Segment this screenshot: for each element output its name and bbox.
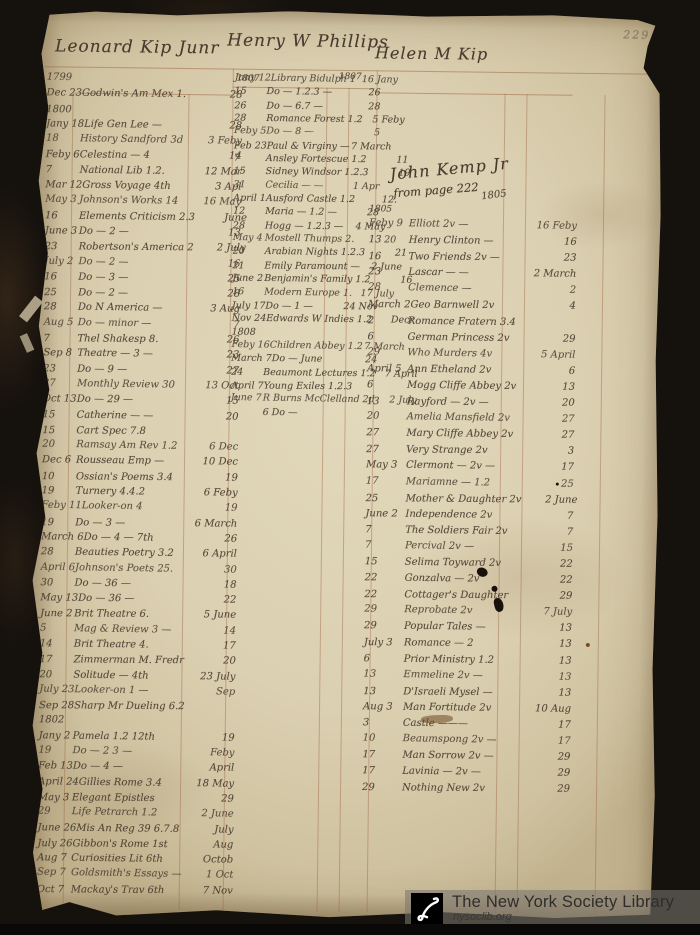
entry-date: May 3 — [45, 194, 79, 206]
entry-title: Pamela 1.2 12th — [73, 730, 183, 742]
entry-title: Zimmerman M. Fredr — [74, 655, 184, 667]
entry-title: Ausford Castle 1.2 — [266, 193, 355, 205]
entry-return: 13 — [516, 622, 572, 634]
entry-title: Mariamne — 1.2 — [406, 476, 518, 489]
ledger-row: 29Nothing New 2v29 — [362, 782, 570, 800]
ledger-row: Feby 11Looker-on 419 — [41, 500, 237, 518]
entry-title: Emily Paramount — — [264, 260, 360, 272]
entry-return: 10 Aug — [515, 703, 571, 715]
entry-return: 23 July — [183, 671, 235, 683]
entry-title: R Burns McClelland 2d — [263, 393, 375, 406]
entry-date: 28 — [368, 282, 408, 294]
entry-title: Percival 2v — — [405, 540, 517, 553]
entry-title: Looker-on 4 — [82, 501, 186, 514]
entry-date: Dec 6 — [42, 455, 76, 466]
entry-return: 18 — [184, 579, 236, 591]
entry-return: 13 — [515, 687, 571, 698]
entry-date: 22 — [364, 589, 404, 600]
entry-return: 13 — [519, 381, 575, 393]
entry-date: Aug 3 — [363, 701, 403, 712]
entry-date: 23 — [368, 267, 408, 278]
entry-date: Aug 5 — [44, 316, 78, 328]
entry-title: Celestina — 4 — [80, 150, 190, 162]
entry-title: Independence 2v — [405, 508, 517, 520]
entry-return: 29 — [514, 751, 570, 763]
entry-title: Two Friends 2v — — [409, 252, 521, 264]
entry-date: 24 — [231, 366, 263, 377]
entry-return: 26 — [338, 87, 380, 99]
entry-title: Cecilia — — — [265, 179, 337, 191]
entry-return: 16 Jany — [356, 74, 398, 86]
entry-date: Sep 8 — [43, 348, 77, 359]
entry-return: 27 — [519, 413, 575, 425]
entry-title: Solitude — 4th — [73, 669, 183, 681]
entry-return: 17 — [184, 640, 236, 652]
entry-date: April 24 — [38, 776, 79, 787]
entry-date: July 17 — [232, 300, 266, 311]
year-label: 1805 — [369, 204, 392, 214]
entry-date: 15 — [235, 86, 267, 97]
entry-title: Mother & Daughter 2v — [406, 493, 522, 505]
entry-date: May 3 — [38, 792, 72, 803]
entry-title: Elements Criticism 2.3 — [79, 210, 195, 222]
entry-title: Do — 36 — — [74, 577, 184, 589]
entry-title: Very Strange 2v — [406, 445, 518, 457]
entry-title: Beaumont Lectures 1.2 — [263, 367, 376, 379]
entry-title: The Soldiers Fair 2v — [405, 524, 517, 536]
entry-title: Do — minor — — [78, 317, 188, 330]
column-rule — [595, 95, 606, 915]
entry-title: Romance Forest 1.2 — [266, 113, 363, 125]
ink-speck — [556, 483, 559, 486]
entry-return: 28 — [338, 101, 380, 112]
entry-return: 19 — [186, 472, 238, 483]
entry-date: 17 — [362, 749, 402, 760]
entry-title: Johnson's Poets 25. — [75, 562, 185, 575]
entry-title: Rousseau Emp — — [76, 455, 186, 467]
entry-date: June 26 — [37, 822, 76, 833]
entry-return: 16 — [521, 236, 577, 248]
entry-title — [73, 723, 183, 724]
ledger-row: 15Catherine — —20 — [42, 409, 238, 427]
entry-title: Rayford — 2v — — [407, 396, 519, 408]
entry-title: Benjamin's Family 1.2 — [264, 273, 370, 285]
entry-date: 20 — [42, 439, 76, 451]
ledger-row: 12Maria — 1.2 —28 — [233, 206, 379, 221]
entry-title: Mackay's Trav 6th — [71, 884, 181, 896]
entry-return: 20 — [519, 397, 575, 408]
entry-return: 6 — [519, 365, 575, 377]
entry-return: 17 — [518, 461, 574, 473]
entry-title: Emmeline 2v — — [403, 669, 515, 682]
entry-return: 29 — [516, 590, 572, 601]
entry-title: Beaumspong 2v — — [403, 733, 515, 746]
ledger-row: 16Modern Europe 1.17 July — [232, 286, 378, 302]
entry-date: 21 — [232, 260, 264, 271]
entry-return: 19 — [185, 502, 237, 514]
entry-return: 27 — [518, 429, 574, 441]
photo-bottom-border — [0, 924, 700, 935]
entry-title: Mag & Review 3 — — [74, 623, 184, 636]
entry-title: Sharp Mr Dueling 6.2 — [74, 701, 185, 713]
watermark-band: The New York Society Library nysoclib.or… — [405, 890, 700, 927]
scanned-ledger-photo: Leonard Kip Junr Henry W Phillips Helen … — [0, 0, 700, 935]
rust-speck — [586, 643, 590, 647]
entry-date: 17 — [366, 475, 406, 487]
entry-title: Ramsay Am Rev 1.2 — [76, 439, 186, 452]
entry-return: 10 Dec — [186, 456, 238, 468]
entry-date: Feby 6 — [46, 150, 80, 161]
ledger-row: 24Beaumont Lectures 1.27 April — [231, 366, 377, 381]
account-header-helen-kip: Helen M Kip — [375, 43, 488, 63]
entry-date: 26 — [234, 100, 266, 111]
entry-return: 5 June — [184, 610, 236, 621]
entry-date: 27 — [366, 427, 406, 438]
ledger-row: 14Brit Theatre 4.17 — [40, 638, 236, 656]
entry-title: Selima Toyward 2v — [405, 557, 517, 569]
entry-title: D'Israeli Mysel — — [403, 686, 515, 698]
entry-date: 7 — [365, 539, 405, 551]
entry-title: History Sandford 3d — [80, 133, 190, 146]
entry-date: April 7 — [231, 380, 264, 391]
entry-title: Geo Barnwell 2v — [410, 300, 520, 312]
entry-title: Do — 6.7 — — [266, 100, 338, 112]
entry-title: Robertson's America 2 — [79, 242, 194, 254]
entry-date: 19 — [42, 485, 76, 496]
torn-paper-fragment — [20, 333, 35, 353]
entry-date: 20 — [233, 246, 265, 257]
entry-title: Clemence — — [408, 283, 520, 296]
entry-title: Young Exiles 1.2.3 — [264, 380, 353, 392]
entry-title: Johnson's Works 14 — [79, 195, 189, 208]
entry-date: 7 — [234, 153, 266, 164]
ledger-row: 15Do — 1.2.3 —26 — [234, 86, 380, 101]
entry-return: 7 — [517, 526, 573, 538]
entry-return: 19 — [183, 732, 235, 744]
entry-date: July 3 — [364, 638, 404, 649]
account-header-henry-phillips: Henry W Phillips — [227, 31, 389, 53]
entry-date: Mar 12 — [45, 179, 82, 190]
ledger-row: 6 Do — — [231, 406, 377, 421]
ledger-row: 22Gonzalva — 2v22 — [365, 572, 573, 591]
entry-return: 15 — [517, 542, 573, 554]
entry-date: 29 — [364, 604, 404, 616]
entry-date: July 23 — [39, 683, 74, 695]
ledger-row: 20Arabian Nights 1.2.321 — [233, 246, 379, 261]
entry-title: Popular Tales — — [404, 621, 516, 633]
entry-date: May 4 — [233, 232, 265, 244]
entry-date: 13 — [363, 686, 403, 697]
entry-title: Modern Europe 1. — [264, 286, 352, 298]
entry-title: Who Murders 4v — [407, 347, 519, 360]
watermark-title: The New York Society Library — [452, 893, 674, 912]
entry-title: Do — 3 — — [75, 517, 185, 529]
entry-title: Do — 3 — — [78, 272, 188, 284]
entry-title: Hogg — 1.2.3 — — [265, 220, 343, 232]
entry-return — [520, 325, 576, 326]
entry-date: 19 — [38, 745, 72, 757]
entry-date: 17 — [40, 654, 74, 665]
ledger-row: Dec 23Godwin's Am Mex 1.28 — [46, 88, 242, 106]
entry-date: 6 — [364, 653, 404, 664]
entry-title: Mostell Thumps 2. — [265, 233, 355, 245]
entry-date: June 2 — [232, 273, 264, 284]
entry-date: Sep 7 — [37, 867, 71, 879]
entry-date: 22 — [365, 572, 405, 583]
entry-return: 30 — [185, 563, 237, 575]
entry-date: June 2 — [40, 608, 74, 619]
entry-date: 29 — [364, 621, 404, 632]
entry-date: 16 — [45, 210, 79, 221]
entry-date: 15 — [365, 556, 405, 567]
entry-return: July — [181, 824, 233, 836]
entry-return — [183, 724, 235, 725]
entry-title: Do — 4 — — [73, 761, 183, 773]
ledger-row: Feby 5Do — 8 —5 — [234, 125, 380, 141]
entry-date: 20 — [367, 411, 407, 423]
entry-title: Gillies Rome 3.4 — [79, 776, 182, 788]
ledger-row: 13Henry Clinton —16 — [369, 234, 577, 253]
entry-title: Mary Cliffe Abbey 2v — [406, 428, 518, 440]
entry-date: 23 — [43, 363, 77, 374]
entry-title: Brit Theatre 4. — [74, 639, 184, 651]
entry-date: 3 — [363, 717, 403, 728]
entry-date: 28 — [234, 113, 266, 124]
ledger-row: 27Mary Cliffe Abbey 2v27 — [366, 427, 574, 446]
entry-date: Feby 11 — [41, 500, 81, 512]
entry-date: Sep 28 — [39, 700, 74, 711]
entry-title: Ansley Fortescue 1.2 — [266, 153, 367, 165]
entry-title — [81, 80, 191, 82]
entry-date: April 1 — [233, 193, 266, 204]
entry-return: 29 — [514, 767, 570, 779]
entry-return: 25 — [518, 477, 574, 489]
ledger-row: 17Lavinia — 2v —29 — [362, 765, 570, 784]
entry-date: 6 — [368, 331, 408, 342]
ledger-row: June 3Do — 2 —13 — [45, 225, 241, 243]
entry-return: 20 — [184, 656, 236, 667]
entry-date: 25 — [366, 493, 406, 504]
entry-date: 28 — [41, 546, 75, 557]
entry-title: Mogg Cliffe Abbey 2v — [407, 380, 519, 392]
entry-date: 13 — [367, 396, 407, 407]
entry-date: 7 — [365, 524, 405, 535]
entry-title: Do — June — [272, 353, 336, 365]
entry-title: Henry Clinton — — [409, 235, 521, 247]
entry-title: Do — 2 — — [78, 288, 188, 300]
entry-title: National Lib 1.2. — [80, 164, 190, 176]
entry-title: Do — 9 — — [77, 363, 187, 375]
entry-date: 1800 — [46, 104, 80, 115]
ledger-row: 13Emmeline 2v —13 — [363, 668, 571, 687]
entry-title: Theatre — 3 — — [77, 348, 187, 360]
entry-return: 26 — [185, 533, 237, 545]
entry-date: 7 — [46, 164, 80, 175]
entry-date: June 2 — [365, 508, 405, 519]
entry-title: Do — 2 — — [79, 226, 189, 238]
entry-return: Sep — [183, 686, 235, 698]
entry-date: 1802 — [39, 715, 73, 726]
entry-title: Catherine — — — [77, 409, 187, 421]
entry-return: 5 Feby — [363, 114, 405, 126]
entry-return: 23 — [520, 252, 576, 263]
ledger-row: Aug 5Do — minor —7 — [44, 316, 240, 334]
entry-title: Man Sorrow 2v — — [402, 750, 514, 762]
entry-date: Aug 7 — [37, 852, 71, 863]
entry-return: 14 — [184, 625, 236, 637]
entry-date: 14 — [40, 638, 74, 649]
entry-title: Castle ——— — [403, 718, 515, 730]
entry-date: Dec 23 — [46, 88, 82, 99]
entry-return: 17 — [515, 719, 571, 731]
entry-title: Do — 2 — — [78, 256, 188, 269]
entry-date: June 3 — [45, 225, 79, 236]
entry-title: Gonzalva — 2v — [405, 573, 517, 585]
entry-date: July 2 — [44, 255, 78, 267]
entry-date: July 26 — [37, 838, 72, 849]
entry-title: Romance Fratern 3.4 — [408, 315, 520, 327]
entry-return: Feby — [182, 747, 234, 759]
ledger-row: Dec 6Rousseau Emp —10 Dec — [42, 455, 238, 473]
entry-date: 13 — [369, 234, 409, 245]
entry-return: 29 — [514, 784, 570, 795]
entry-title: Nothing New 2v — [402, 783, 514, 795]
entry-return: Aug — [181, 839, 233, 850]
entry-title: Turnery 4.4.2 — [76, 486, 186, 498]
watermark-url: nysoclib.org — [453, 911, 512, 923]
ledger-row: Sep 7Goldsmith's Essays —1 Oct — [37, 867, 233, 885]
column-john-kemp-entries: Feby 9Elliott 2v —16 Feby13Henry Clinton… — [362, 218, 577, 800]
entry-date: Jany 18 — [46, 118, 84, 129]
account-header-leonard-kip: Leonard Kip Junr — [55, 36, 220, 58]
entry-title: Do N America — — [78, 302, 188, 314]
entry-title: Library Bidulph 1 — [271, 73, 356, 85]
entry-return: 2 March — [520, 268, 576, 280]
entry-title: Monthly Review 30 — [77, 378, 187, 391]
entry-date: 16 — [232, 286, 264, 298]
entry-return: 6 April — [185, 548, 237, 560]
entry-return: 1 Oct — [181, 869, 233, 881]
entry-date: 7 — [43, 333, 77, 344]
entry-date: Feb 23 — [234, 140, 267, 151]
entry-title: Lavinia — 2v — — [402, 766, 514, 778]
ledger-row: July 23Looker-on 1 —Sep — [39, 683, 235, 701]
column-leonard-kip-entries: 1799Dec 23Godwin's Am Mex 1.281800Jany 1… — [37, 72, 243, 900]
entry-return: 29 — [520, 333, 576, 345]
entry-title: Goldsmith's Essays — — [71, 868, 182, 881]
ledger-row: 17Mariamne — 1.225 — [366, 475, 574, 494]
library-logo — [411, 893, 443, 925]
entry-title: Brit Theatre 6. — [74, 609, 184, 621]
entry-date: 12 — [233, 206, 265, 217]
entry-date: 27 — [43, 378, 77, 390]
entry-date: 1799 — [47, 72, 81, 84]
entry-return: 29 — [182, 793, 234, 804]
ink-blot — [491, 586, 497, 592]
entry-return: 3 — [518, 446, 574, 457]
entry-date: 15 — [43, 409, 77, 420]
entry-return: Octob — [181, 854, 233, 866]
entry-date: June 7 — [231, 392, 263, 404]
entry-return: 5 April — [519, 349, 575, 361]
entry-date: Oct 7 — [37, 884, 71, 895]
entry-date: 23 — [45, 241, 79, 252]
entry-date: 18 — [46, 133, 80, 145]
entry-date: Jany 12 — [235, 72, 271, 84]
entry-return: 13 — [515, 671, 571, 683]
entry-title: Life Petrarch 1.2 — [72, 806, 182, 819]
entry-return: 22 — [184, 594, 236, 606]
entry-title: Do — 36 — — [78, 593, 184, 605]
entry-return: 4 — [520, 301, 576, 312]
entry-return: 2 June — [521, 494, 577, 505]
column-henry-phillips-entries: Jany 12Library Bidulph 116 Jany15Do — 1.… — [231, 73, 381, 422]
entry-date: 29 — [362, 782, 402, 793]
entry-return: 6 Feby — [186, 487, 238, 499]
entry-date: 20 — [39, 669, 73, 680]
entry-title: Arabian Nights 1.2.3 — [265, 246, 366, 258]
entry-title: Clermont — 2v — — [406, 460, 518, 472]
entry-date: 28 — [44, 302, 78, 313]
ledger-row: April 24Gillies Rome 3.418 May — [38, 776, 234, 794]
entry-title: Do — 8 — — [266, 126, 338, 138]
entry-title: Lascar — — — [408, 267, 520, 279]
entry-date: April 5 — [367, 363, 407, 374]
entry-title: Ossian's Poems 3.4 — [76, 471, 186, 483]
entry-title: Mis An Reg 39 6.7.8 — [76, 822, 181, 834]
entry-date: 29 — [367, 346, 407, 358]
entry-date: 27 — [366, 444, 406, 455]
entry-title: Do — 4 — 7th — [84, 532, 186, 544]
entry-date: 15 — [42, 425, 76, 436]
entry-date: 10 — [363, 733, 403, 745]
entry-return: 6 March — [185, 518, 237, 529]
entry-title: Life Gen Lee — — [84, 119, 190, 131]
grid-rule — [377, 92, 573, 95]
entry-return: 22 — [517, 574, 573, 586]
entry-return: 22 — [517, 558, 573, 570]
entry-title: Maria — 1.2 — — [265, 206, 337, 218]
entry-return: 7 Nov — [181, 885, 233, 896]
entry-return: 2 June — [182, 808, 234, 820]
entry-date: 5 — [40, 622, 74, 634]
entry-title: Do — 29 — — [77, 394, 187, 406]
entry-title: Thel Shakesp 8. — [77, 333, 187, 345]
entry-title — [264, 335, 336, 336]
entry-date: May 13 — [40, 592, 78, 603]
entry-date: 19 — [41, 517, 75, 528]
script-s-icon — [411, 893, 443, 925]
entry-return: 1 Apr — [337, 180, 379, 192]
entry-return: 13 — [516, 655, 572, 667]
entry-date: 17 — [362, 765, 402, 776]
entry-title: Sidney Windsor 1.2.3 — [266, 166, 369, 178]
entry-date: 6 — [367, 379, 407, 390]
entry-return: 6 Dec — [186, 441, 238, 453]
entry-return: 7 July — [516, 606, 572, 618]
entry-date: 1808 — [232, 326, 264, 337]
entry-date: Feby 9 — [369, 218, 409, 230]
entry-title — [80, 112, 190, 113]
entry-title: Edwards W Indies 1.2 — [266, 313, 372, 325]
entry-return: 7 — [517, 510, 573, 522]
ledger-row: 16Do — 3 —25 — [44, 271, 240, 289]
entry-return: 17 — [515, 735, 571, 747]
entry-return: 16 Feby — [521, 220, 577, 232]
entry-title: 6 Do — — [263, 407, 335, 419]
entry-title: Man Fortitude 2v — [403, 702, 515, 714]
entry-title: Do — 2 3 — — [72, 745, 182, 758]
